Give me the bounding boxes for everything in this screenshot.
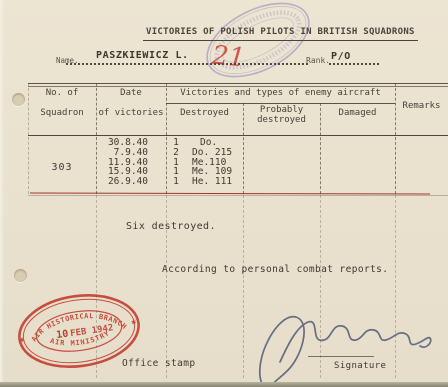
summary-note: Six destroyed.: [126, 221, 216, 232]
header-victories-group: Victories and types of enemy aircraft: [166, 88, 395, 98]
squadron-number: 303: [28, 162, 96, 173]
header-date-line1: Date: [96, 88, 166, 98]
table-top-border: [28, 83, 448, 87]
row-aircraft-type: He. 111: [192, 176, 232, 187]
column-line-1: [96, 83, 97, 194]
header-remarks: Remarks: [395, 101, 448, 111]
header-damaged: Damaged: [320, 108, 395, 118]
handwritten-signature: [252, 288, 432, 386]
name-dotted-line: [66, 62, 308, 65]
punch-hole-top: [12, 93, 25, 106]
header-probably-line1: Probably: [243, 105, 320, 115]
header-probably-line2: destroyed: [243, 115, 320, 125]
header-date-line2: of victories: [96, 108, 166, 118]
stamp-star-left-icon: ✱: [19, 335, 25, 345]
header-destroyed: Destroyed: [166, 108, 243, 118]
signature-label: Signature: [334, 361, 386, 371]
column-line-2: [166, 83, 167, 194]
punch-hole-bottom: [14, 269, 27, 282]
source-note: According to personal combat reports.: [162, 264, 388, 275]
stamp-date-day: 10: [56, 329, 69, 342]
table-border-left: [28, 83, 29, 194]
header-squadron-line1: No. of: [28, 88, 96, 98]
handwritten-page-number: 21: [211, 41, 247, 74]
table-group-divider: [166, 103, 395, 104]
form-title: VICTORIES OF POLISH PILOTS IN BRITISH SQ…: [143, 27, 418, 41]
rank-value: P/O: [331, 51, 351, 62]
table-header-bottom-border: [28, 135, 448, 136]
column-line-3-extension: [243, 195, 244, 378]
table-body-bottom-border: [28, 195, 448, 196]
office-stamp-label: Office stamp: [122, 358, 195, 369]
row-date: 26.9.40: [98, 176, 148, 187]
victory-record-card: 21 VICTORIES OF POLISH PILOTS IN BRITISH…: [0, 0, 448, 387]
header-squadron-line2: Squadron: [28, 108, 96, 118]
rank-label: Rank.: [306, 56, 330, 65]
name-value: PASZKIEWICZ L.: [96, 50, 189, 61]
rank-dotted-line: [329, 62, 379, 65]
scan-bottom-edge: [0, 382, 448, 387]
column-line-5: [395, 83, 396, 194]
row-count: 1: [170, 176, 182, 187]
stamp-star-right-icon: ✱: [131, 317, 137, 327]
signature-underline: [308, 356, 374, 357]
